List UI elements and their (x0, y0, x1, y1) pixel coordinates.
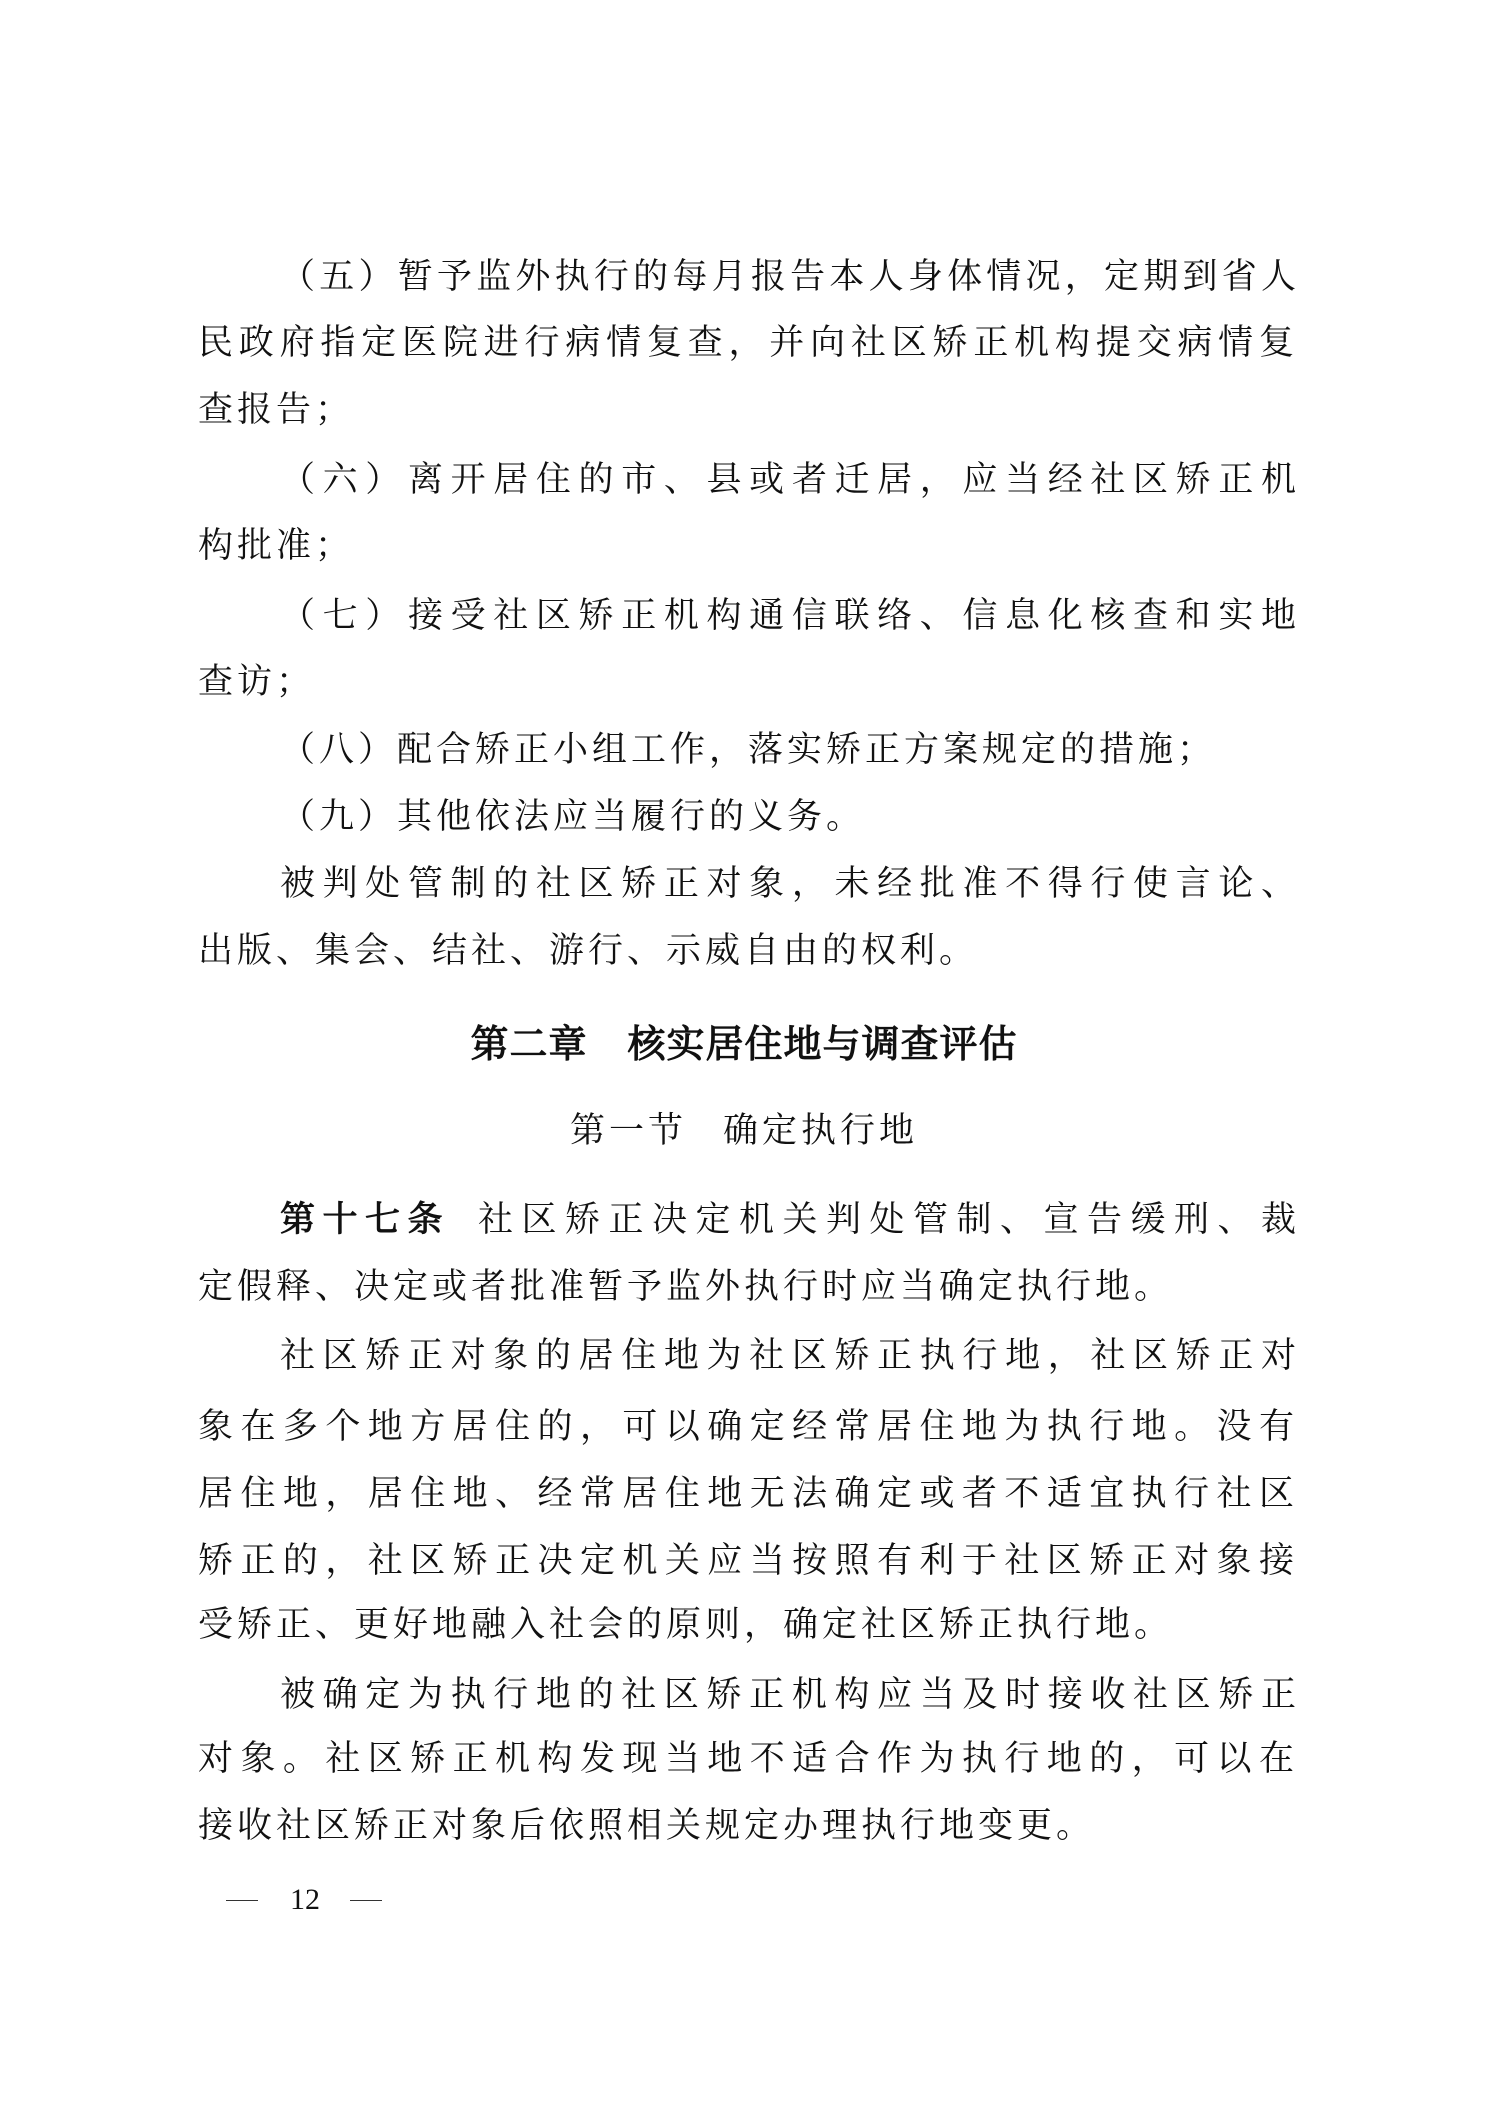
section-number: 第一节 (570, 1111, 687, 1151)
document-page: （五）暂予监外执行的每月报告本人身体情况，定期到省人 民政府指定医院进行病情复查… (0, 0, 1488, 2105)
article-17-para-2-line-4: 矫正的，社区矫正决定机关应当按照有利于社区矫正对象接 (198, 1536, 1298, 1586)
item-5-line-2: 民政府指定医院进行病情复查，并向社区矫正机构提交病情复 (198, 318, 1298, 368)
section-title: 确定执行地 (723, 1111, 918, 1151)
page-number-right-dash (350, 1900, 382, 1901)
page-number-left-dash (226, 1900, 258, 1901)
item-7-line-2: 查访； (198, 657, 1298, 707)
article-17-para-3-line-2: 对象。社区矫正机构发现当地不适合作为执行地的，可以在 (198, 1734, 1298, 1784)
article-17-para-2-line-5: 受矫正、更好地融入社会的原则，确定社区矫正执行地。 (198, 1600, 1298, 1650)
article-17-para-2-line-3: 居住地，居住地、经常居住地无法确定或者不适宜执行社区 (198, 1469, 1298, 1519)
item-8-line-1: （八）配合矫正小组工作，落实矫正方案规定的措施； (280, 725, 1300, 775)
item-7-line-1: （七）接受社区矫正机构通信联络、信息化核查和实地 (280, 591, 1300, 641)
page-number-value: 12 (290, 1880, 320, 1920)
restriction-paragraph-line-2: 出版、集会、结社、游行、示威自由的权利。 (198, 926, 1298, 976)
article-17-para-3-line-3: 接收社区矫正对象后依照相关规定办理执行地变更。 (198, 1801, 1298, 1851)
item-5-line-1: （五）暂予监外执行的每月报告本人身体情况，定期到省人 (280, 252, 1300, 302)
article-17-para-3-line-1: 被确定为执行地的社区矫正机构应当及时接收社区矫正 (280, 1670, 1300, 1720)
chapter-title: 核实居住地与调查评估 (628, 1022, 1018, 1066)
item-5-line-3: 查报告； (198, 385, 1298, 435)
restriction-paragraph-line-1: 被判处管制的社区矫正对象，未经批准不得行使言论、 (280, 859, 1300, 909)
page-number: 12 (226, 1880, 382, 1920)
article-17-line-2: 定假释、决定或者批准暂予监外执行时应当确定执行地。 (198, 1262, 1298, 1312)
article-17-para-2-line-2: 象在多个地方居住的，可以确定经常居住地为执行地。没有 (198, 1402, 1298, 1452)
chapter-number: 第二章 (470, 1022, 587, 1066)
article-17-para-2-line-1: 社区矫正对象的居住地为社区矫正执行地，社区矫正对 (280, 1331, 1300, 1381)
chapter-heading: 第二章核实居住地与调查评估 (0, 1017, 1488, 1071)
item-6-line-1: （六）离开居住的市、县或者迁居，应当经社区矫正机 (280, 455, 1300, 505)
article-number: 第十七条 (280, 1200, 450, 1240)
article-text: 社区矫正决定机关判处管制、宣告缓刑、裁 (478, 1200, 1300, 1240)
item-9-line-1: （九）其他依法应当履行的义务。 (280, 792, 1300, 842)
item-6-line-2: 构批准； (198, 521, 1298, 571)
article-17-line-1: 第十七条社区矫正决定机关判处管制、宣告缓刑、裁 (280, 1195, 1300, 1245)
section-heading: 第一节确定执行地 (0, 1106, 1488, 1156)
